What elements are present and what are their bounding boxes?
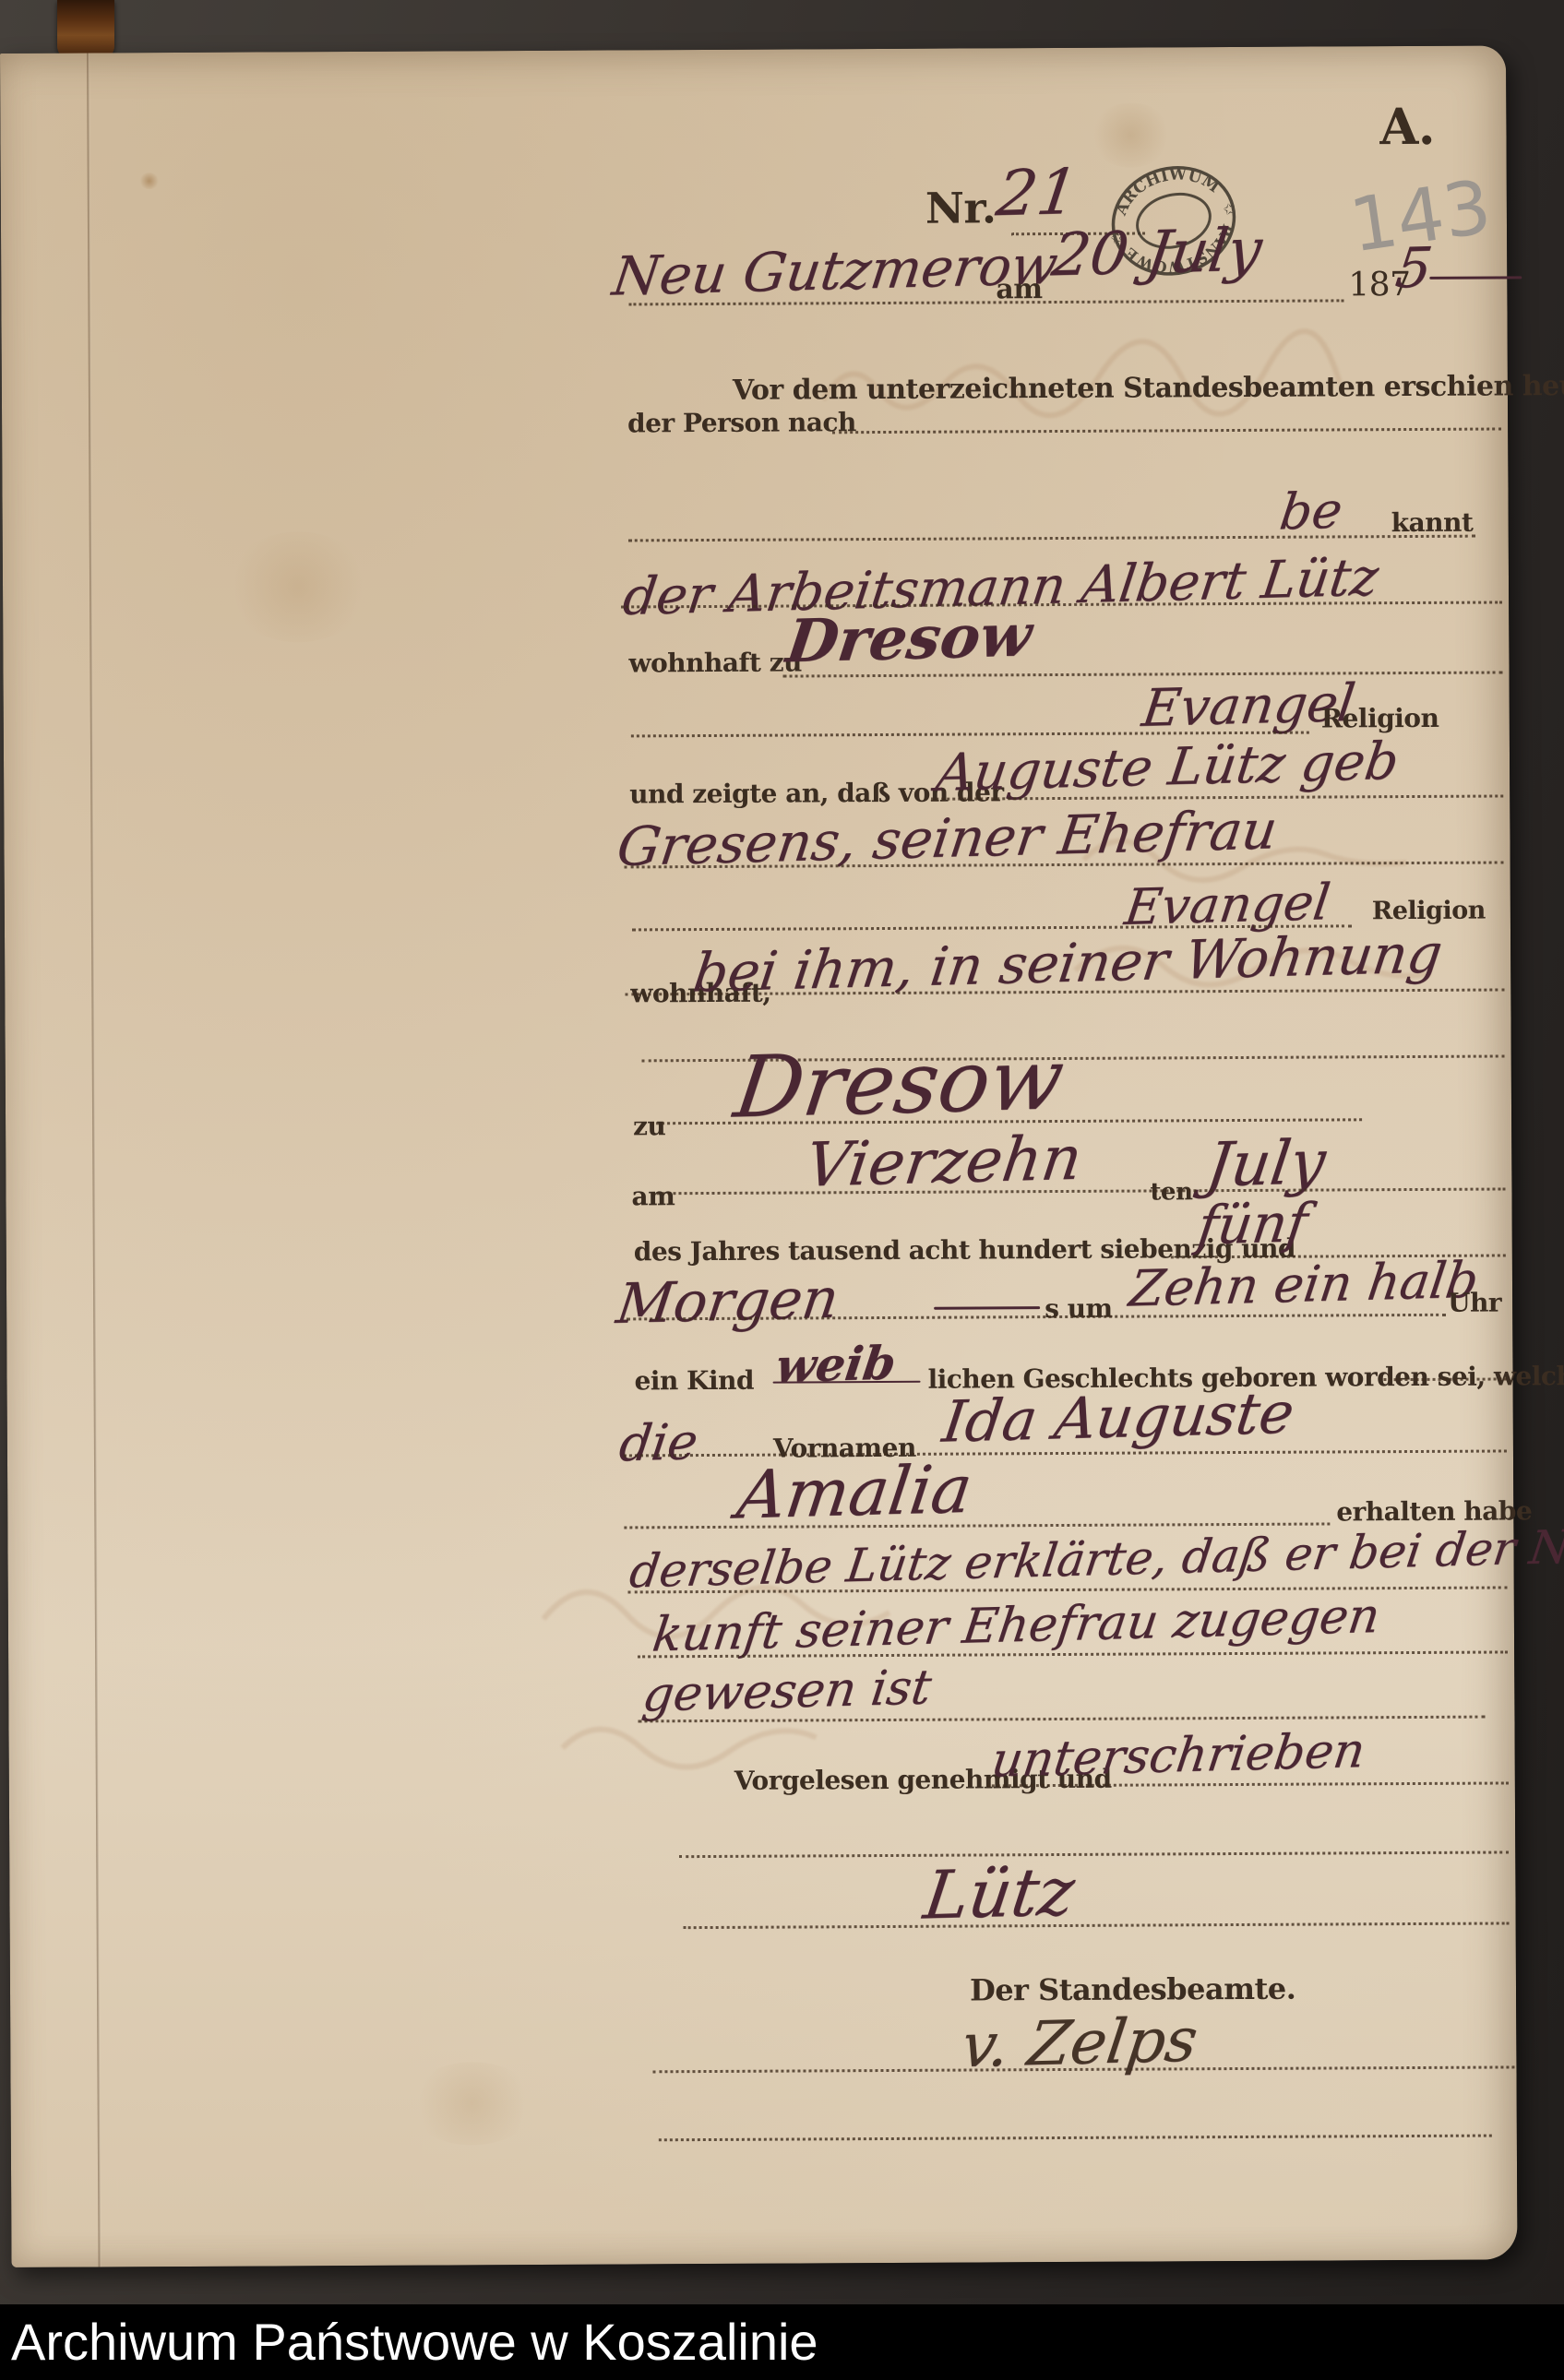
am-birth-label: am xyxy=(631,1181,675,1211)
gender-written: weib xyxy=(772,1336,899,1393)
record-number-label: Nr. xyxy=(925,183,997,232)
fox-spot xyxy=(139,173,160,189)
year-word-written: fünf xyxy=(1194,1191,1311,1256)
s-um-label: s um xyxy=(1045,1293,1113,1324)
dotted-line xyxy=(651,1187,1505,1195)
form-corner-mark: A. xyxy=(1379,97,1435,156)
document-page: A. Nr. 21 ARCHIWUM PAŃSTWOWE ✩ ✩ 143 Neu… xyxy=(0,45,1518,2267)
stain xyxy=(224,531,373,643)
dotted-line xyxy=(679,1850,1509,1858)
stamp-star-icon: ✩ xyxy=(1222,199,1238,220)
uhr-label: Uhr xyxy=(1448,1287,1501,1317)
intro-sentence: Vor dem unterzeichneten Standesbeamten e… xyxy=(733,370,1564,407)
wohnhaft-zu-label: wohnhaft zu xyxy=(628,647,802,678)
firstname2-written: Amalia xyxy=(733,1450,976,1534)
die-written: die xyxy=(616,1412,701,1472)
dotted-line xyxy=(624,1522,1330,1529)
year-digit-written: 5 xyxy=(1392,235,1437,301)
closing-written: unterschrieben xyxy=(988,1723,1368,1789)
pen-underline xyxy=(773,1381,921,1384)
note-line3-written: gewesen ist xyxy=(639,1660,935,1722)
archive-name-label: Archiwum Państwowe w Koszalinie xyxy=(11,2312,818,2372)
scan-background: A. Nr. 21 ARCHIWUM PAŃSTWOWE ✩ ✩ 143 Neu… xyxy=(0,0,1564,2380)
registrar-title-label: Der Standesbeamte. xyxy=(970,1971,1296,2008)
residence-written: Dresow xyxy=(782,601,1035,676)
svg-text:ARCHIWUM: ARCHIWUM xyxy=(1104,154,1226,223)
declarant-signature: Lütz xyxy=(920,1852,1080,1934)
religion1-label: Religion xyxy=(1321,703,1439,734)
record-date-value: 20 July xyxy=(1048,216,1266,290)
birth-day-written: Vierzehn xyxy=(802,1123,1086,1201)
registry-place-value: Neu Gutzmerow xyxy=(609,233,1061,308)
page-crease xyxy=(87,53,101,2267)
stamp-top-text: ARCHIWUM xyxy=(1104,154,1226,223)
dotted-line xyxy=(684,1922,1510,1929)
firstnames-written: Ida Auguste xyxy=(938,1379,1297,1456)
religion2-label: Religion xyxy=(1372,897,1486,926)
kannt-label: kannt xyxy=(1391,507,1474,538)
zu-label: zu xyxy=(633,1111,665,1141)
pen-flourish xyxy=(1429,276,1522,280)
person-nach-label: der Person nach xyxy=(627,407,856,438)
stain xyxy=(407,2062,536,2146)
time-written: Zehn ein halb xyxy=(1126,1251,1482,1318)
binding-strap xyxy=(57,0,114,59)
bekannt-written: be xyxy=(1276,482,1345,541)
dotted-line xyxy=(628,535,1475,542)
daytime-written: Morgen xyxy=(613,1267,842,1337)
dotted-line xyxy=(659,2135,1492,2142)
mother-name-written: Auguste Lütz geb xyxy=(933,732,1403,803)
pen-dash xyxy=(934,1306,1040,1310)
kind-label-a: ein Kind xyxy=(634,1365,754,1397)
archive-caption-bar: Archiwum Państwowe w Koszalinie xyxy=(0,2304,1564,2380)
record-number-value: 21 xyxy=(992,156,1081,231)
